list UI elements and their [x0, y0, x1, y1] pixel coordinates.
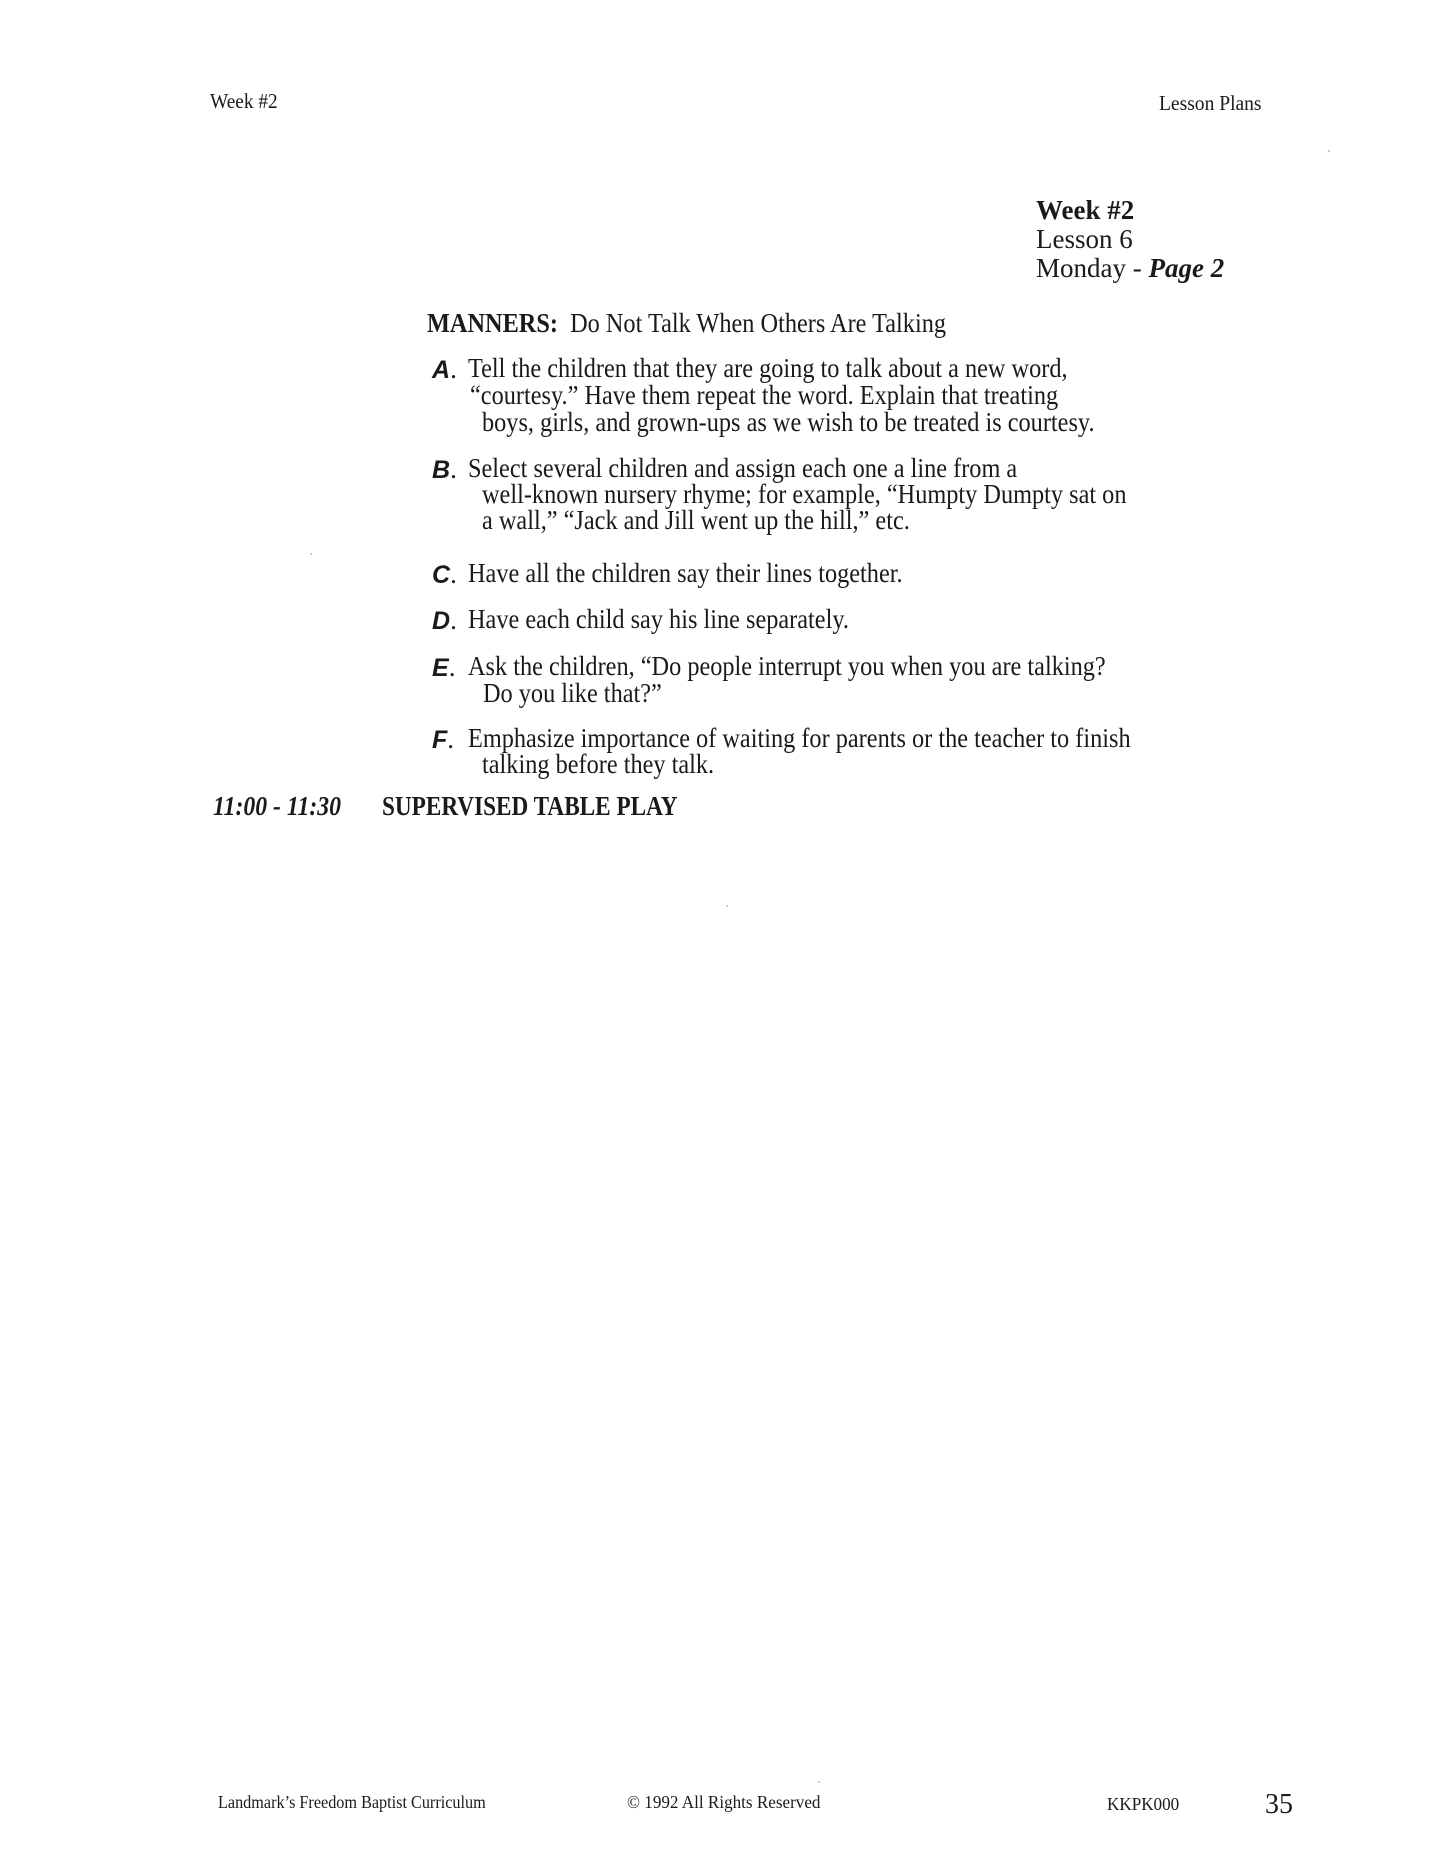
item-label-a: A.	[432, 356, 457, 383]
item-label-b: B.	[432, 456, 457, 483]
item-f-line-1: Emphasize importance of waiting for pare…	[468, 725, 1131, 752]
scan-speck	[310, 553, 312, 555]
item-a-line-1: Tell the children that they are going to…	[468, 355, 1068, 382]
manners-heading: MANNERS: Do Not Talk When Others Are Tal…	[427, 310, 946, 337]
scan-speck	[1328, 150, 1330, 152]
item-label-d: D.	[432, 607, 457, 634]
lesson-page: Page 2	[1148, 253, 1224, 283]
lesson-week: Week #2	[1036, 196, 1224, 225]
header-week: Week #2	[210, 89, 278, 114]
item-d-line-1: Have each child say his line separately.	[468, 606, 849, 633]
item-label-f: F.	[432, 726, 454, 753]
scan-speck	[726, 905, 728, 907]
lesson-day: Monday - Page 2	[1036, 254, 1224, 283]
lesson-day-label: Monday -	[1036, 253, 1148, 283]
item-f-line-2: talking before they talk.	[482, 751, 714, 778]
item-e-line-2: Do you like that?”	[483, 680, 662, 707]
item-c-line-1: Have all the children say their lines to…	[468, 560, 903, 587]
item-b-line-3: a wall,” “Jack and Jill went up the hill…	[482, 507, 910, 534]
item-label-c: C.	[432, 561, 457, 588]
item-e-line-1: Ask the children, “Do people interrupt y…	[468, 653, 1106, 680]
footer-copyright: © 1992 All Rights Reserved	[627, 1792, 820, 1813]
header-section: Lesson Plans	[1159, 91, 1262, 116]
manners-subtitle: Do Not Talk When Others Are Talking	[570, 308, 946, 338]
manners-title: MANNERS:	[427, 308, 558, 338]
lesson-info-block: Week #2 Lesson 6 Monday - Page 2	[1036, 196, 1224, 283]
page-number: 35	[1265, 1789, 1293, 1821]
item-label-e: E.	[432, 654, 455, 681]
item-b-line-2: well-known nursery rhyme; for example, “…	[482, 481, 1126, 508]
scan-speck	[818, 1781, 820, 1783]
lesson-number: Lesson 6	[1036, 225, 1224, 254]
item-a-line-2: “courtesy.” Have them repeat the word. E…	[470, 382, 1058, 409]
footer-publisher: Landmark’s Freedom Baptist Curriculum	[218, 1792, 486, 1813]
schedule-activity: SUPERVISED TABLE PLAY	[382, 793, 678, 820]
item-a-line-3: boys, girls, and grown-ups as we wish to…	[482, 409, 1095, 436]
schedule-time: 11:00 - 11:30	[213, 793, 341, 820]
footer-code: KKPK000	[1107, 1794, 1179, 1815]
item-b-line-1: Select several children and assign each …	[468, 455, 1017, 482]
